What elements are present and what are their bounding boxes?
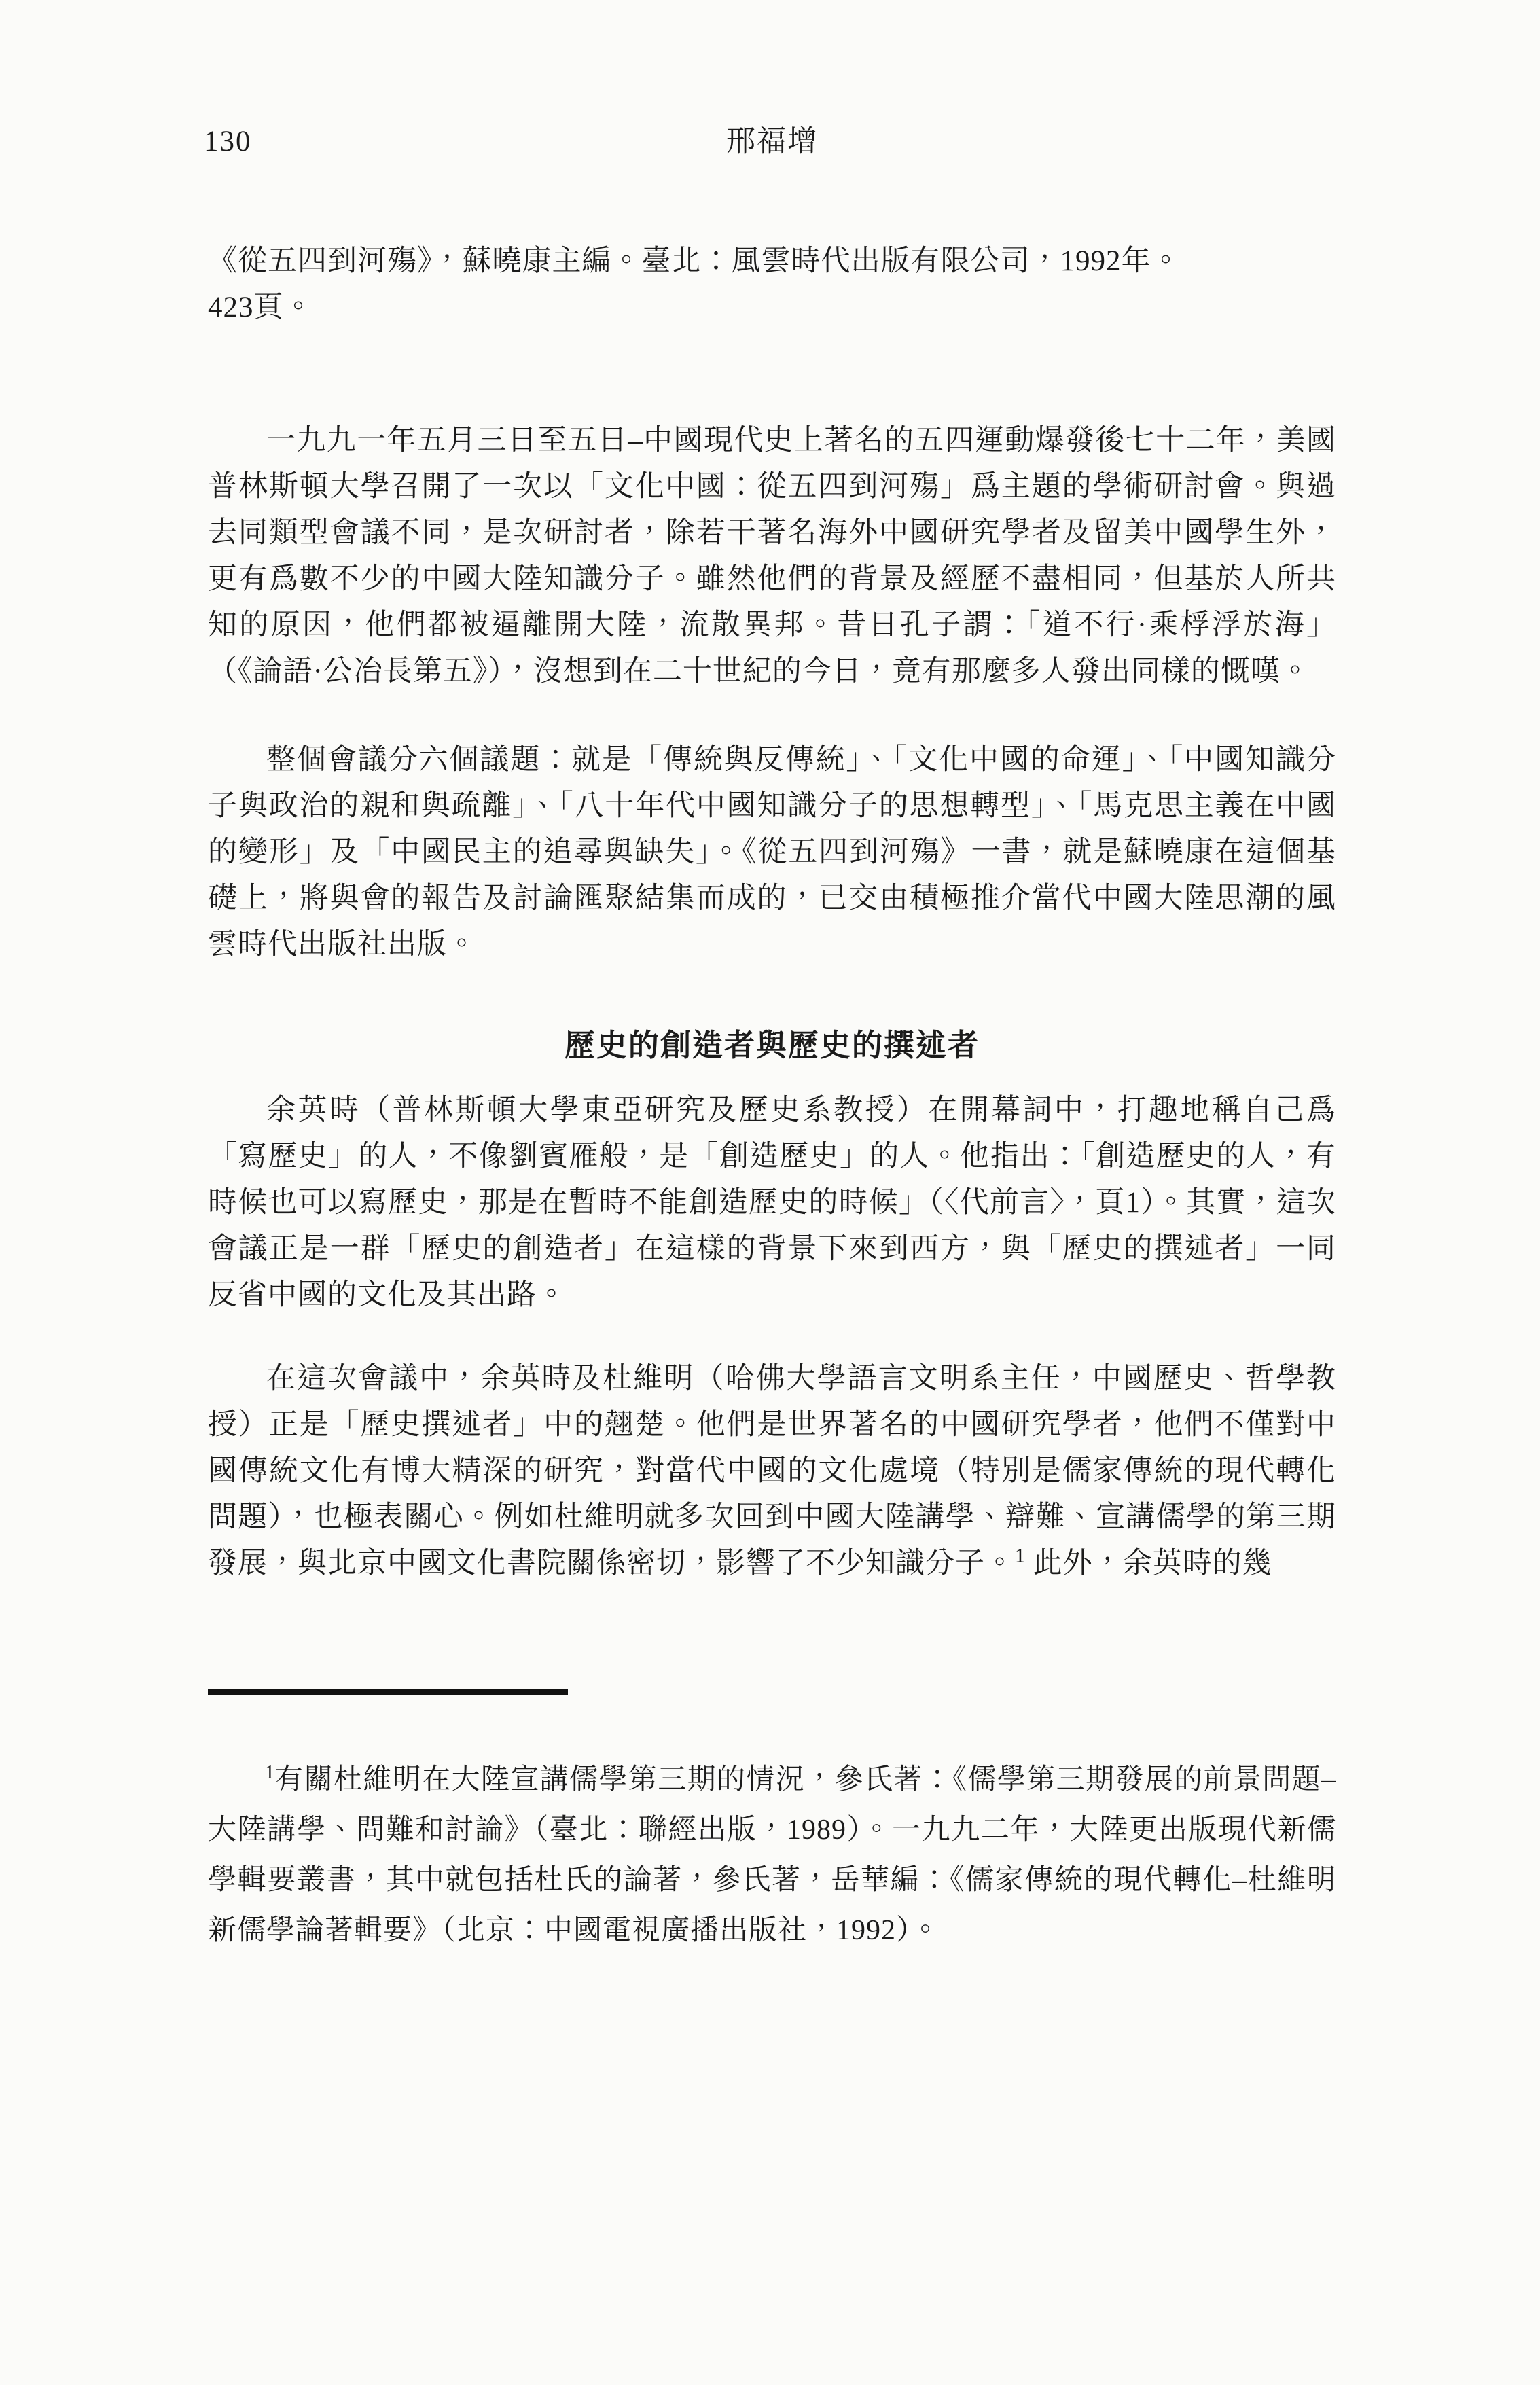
running-header-author: 邢福增 xyxy=(208,119,1336,165)
section-heading: 歷史的創造者與歷史的撰述者 xyxy=(208,1022,1336,1069)
paragraph-2: 整個會議分六個議題：就是「傳統與反傳統」、「文化中國的命運」、「中國知識分子與政… xyxy=(208,737,1336,968)
citation-line-2: 423頁。 xyxy=(208,285,1336,331)
paragraph-4-continuation: 此外，余英時的幾 xyxy=(1033,1547,1272,1579)
paragraph-3: 余英時（普林斯頓大學東亞研究及歷史系教授）在開幕詞中，打趣地稱自己爲「寫歷史」的… xyxy=(208,1088,1336,1319)
footnote-number: 1 xyxy=(265,1762,274,1783)
footnote-separator-rule xyxy=(208,1689,568,1695)
paragraph-4: 在這次會議中，余英時及杜維明（哈佛大學語言文明系主任，中國歷史、哲學教授）正是「… xyxy=(208,1356,1336,1587)
footnote-text: 1有關杜維明在大陸宣講儒學第三期的情況，參氏著：《儒學第三期發展的前景問題–大陸… xyxy=(208,1755,1336,1956)
footnote-body: 有關杜維明在大陸宣講儒學第三期的情況，參氏著：《儒學第三期發展的前景問題–大陸講… xyxy=(208,1764,1336,1946)
document-page: 130 邢福增 《從五四到河殤》，蘇曉康主編。臺北：風雲時代出版有限公司，199… xyxy=(0,0,1540,2385)
paragraph-1: 一九九一年五月三日至五日–中國現代史上著名的五四運動爆發後七十二年，美國普林斯頓… xyxy=(208,418,1336,695)
page-number: 130 xyxy=(204,119,252,165)
book-citation: 《從五四到河殤》，蘇曉康主編。臺北：風雲時代出版有限公司，1992年。 423頁… xyxy=(208,238,1336,331)
footnote-reference-marker: 1 xyxy=(1015,1545,1025,1567)
citation-line-1: 《從五四到河殤》，蘇曉康主編。臺北：風雲時代出版有限公司，1992年。 xyxy=(208,238,1336,285)
page-header: 130 邢福增 xyxy=(208,119,1336,165)
